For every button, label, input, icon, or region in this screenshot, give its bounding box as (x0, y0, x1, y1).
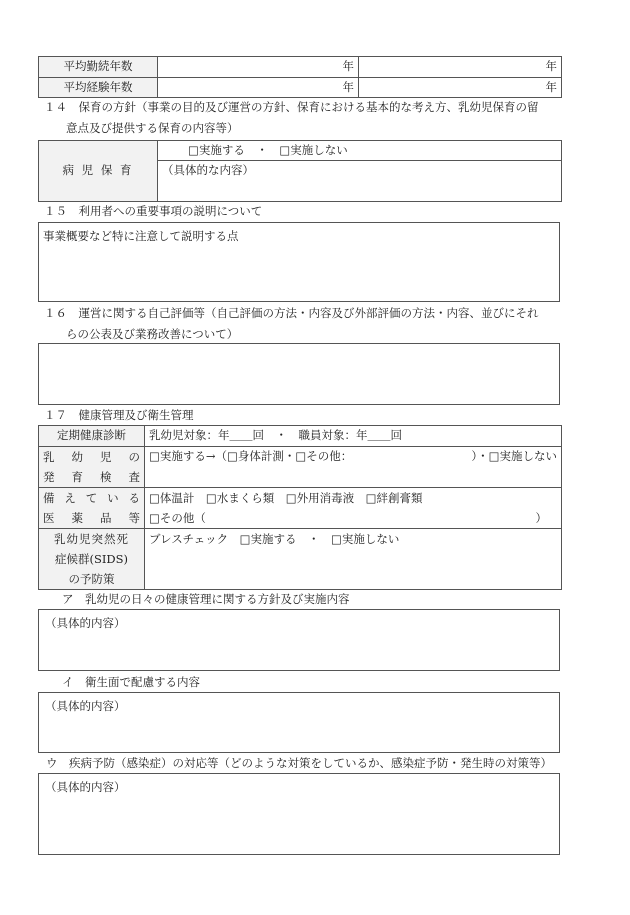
year-unit: 年 (546, 80, 558, 94)
hygiene-box[interactable]: （具体的内容） (38, 692, 560, 753)
sick-child-care-detail[interactable]: （具体的な内容） (158, 161, 562, 202)
detail-label: （具体的な内容） (162, 163, 254, 177)
self-evaluation-box[interactable] (38, 343, 560, 405)
sick-child-care-options[interactable]: □実施する ・ □実施しない (158, 141, 562, 161)
sids-value[interactable]: ブレスチェック □実施する ・ □実施しない (145, 529, 562, 590)
avg-experience-label: 平均経験年数 (39, 78, 158, 98)
section-14-heading: １４ 保育の方針（事業の目的及び運営の方針、保育における基本的な考え方、乳幼児保… (44, 97, 539, 117)
year-unit: 年 (343, 80, 355, 94)
sick-child-care-table: 病 児 保 育 □実施する ・ □実施しない （具体的な内容） (38, 140, 562, 202)
box-prompt: （具体的内容） (45, 779, 126, 795)
box-prompt: （具体的内容） (45, 615, 126, 631)
section-16-heading: １６ 運営に関する自己評価等（自己評価の方法・内容及び外部評価の方法・内容、並び… (44, 303, 539, 323)
daily-health-box[interactable]: （具体的内容） (38, 609, 560, 671)
sick-child-care-label: 病 児 保 育 (39, 141, 158, 202)
medicines-value[interactable]: □体温計 □水まくら類 □外用消毒液 □絆創膏類 □その他（） (145, 488, 562, 529)
sub-u-heading: ウ 疾病予防（感染症）の対応等（どのような対策をしているか、感染症予防・発生時の… (46, 753, 552, 773)
disease-prevention-box[interactable]: （具体的内容） (38, 773, 560, 855)
staff-years-table: 平均勤続年数 年 年 平均経験年数 年 年 (38, 56, 562, 98)
avg-experience-field-1[interactable]: 年 (158, 78, 359, 98)
sub-i-heading: イ 衛生面で配慮する内容 (62, 672, 200, 692)
section-16-heading-cont: らの公表及び業務改善について） (66, 324, 238, 344)
box-prompt: （具体的内容） (45, 698, 126, 714)
section-17-heading: １７ 健康管理及び衛生管理 (44, 405, 194, 425)
year-unit: 年 (343, 59, 355, 73)
avg-tenure-field-2[interactable]: 年 (359, 57, 562, 78)
section-15-heading: １５ 利用者への重要事項の説明について (44, 201, 262, 221)
avg-tenure-label: 平均勤続年数 (39, 57, 158, 78)
important-matters-box[interactable]: 事業概要など特に注意して説明する点 (38, 222, 560, 302)
avg-tenure-field-1[interactable]: 年 (158, 57, 359, 78)
development-check-label: 乳幼児の 発育検査 (39, 447, 145, 488)
medicines-label: 備えている 医薬品等 (39, 488, 145, 529)
health-management-table: 定期健康診断 乳幼児対象：年＿＿回 ・ 職員対象：年＿＿回 乳幼児の 発育検査 … (38, 425, 562, 590)
development-check-value[interactable]: □実施する→（□身体計測・□その他：）・□実施しない (145, 447, 562, 488)
sids-label: 乳幼児突然死 症候群(SIDS) の予防策 (39, 529, 145, 590)
checkup-label: 定期健康診断 (39, 426, 145, 447)
checkup-value[interactable]: 乳幼児対象：年＿＿回 ・ 職員対象：年＿＿回 (145, 426, 562, 447)
box-prompt: 事業概要など特に注意して説明する点 (43, 228, 239, 244)
section-14-heading-cont: 意点及び提供する保育の内容等） (66, 118, 239, 138)
year-unit: 年 (546, 59, 558, 73)
avg-experience-field-2[interactable]: 年 (359, 78, 562, 98)
sub-a-heading: ア 乳幼児の日々の健康管理に関する方針及び実施内容 (62, 589, 350, 609)
